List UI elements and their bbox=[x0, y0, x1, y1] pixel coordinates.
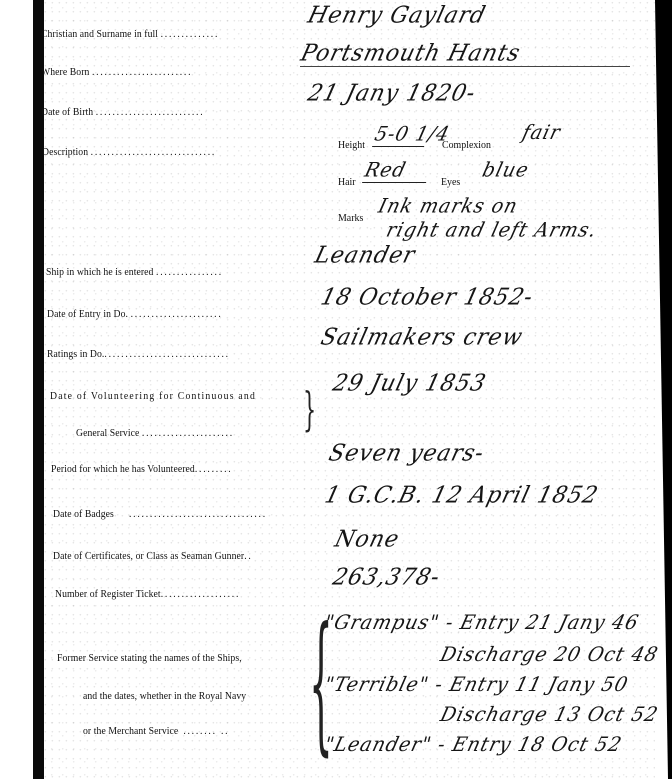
marks-value-line2: right and left Arms. bbox=[384, 219, 599, 242]
field-label-where-born: Where Born ........................ bbox=[41, 66, 192, 78]
former-service-discharge-grampus: Discharge 20 Oct 48 bbox=[438, 643, 661, 666]
height-value: 5-0 1/4 bbox=[372, 123, 430, 147]
field-label-ship-entered: Ship in which he is entered ............… bbox=[46, 266, 223, 278]
field-value-ship-entered: Leander bbox=[312, 243, 418, 269]
field-value-register-ticket: 263,378- bbox=[330, 565, 443, 591]
field-value-volunteering: 29 July 1853 bbox=[330, 371, 489, 397]
field-value-certificates: None bbox=[332, 527, 402, 553]
field-label-volunteering: Date of Volunteering for Continuous and bbox=[50, 390, 256, 402]
field-value-name: Henry Gaylard bbox=[305, 3, 489, 29]
hair-value: Red bbox=[362, 159, 432, 183]
complexion-label: Complexion bbox=[442, 139, 491, 151]
marks-value-line1: Ink marks on bbox=[376, 195, 520, 218]
former-service-entry-terrible: "Terrible" - Entry 11 Jany 50 bbox=[322, 673, 631, 696]
former-service-label-line1: Former Service stating the names of the … bbox=[57, 652, 242, 664]
field-value-ratings: Sailmakers crew bbox=[318, 325, 526, 351]
field-label-general-service: General Service ...................... bbox=[76, 427, 234, 439]
hair-label: Hair bbox=[338, 176, 356, 188]
former-service-label-line3: or the Merchant Service ........ .. bbox=[83, 725, 229, 737]
former-service-discharge-terrible: Discharge 13 Oct 52 bbox=[438, 703, 661, 726]
field-value-period: Seven years- bbox=[326, 441, 487, 467]
field-label-name: Christian and Surname in full ..........… bbox=[41, 28, 219, 40]
complexion-value: fair bbox=[520, 121, 563, 144]
strike-line bbox=[300, 66, 630, 67]
brace-icon: } bbox=[303, 382, 316, 436]
former-service-entry-leander: "Leander" - Entry 18 Oct 52 bbox=[322, 733, 625, 756]
eyes-label: Eyes bbox=[441, 176, 460, 188]
field-label-badges: Date of Badges .........................… bbox=[53, 508, 267, 520]
field-label-certificates: Date of Certificates, or Class as Seaman… bbox=[53, 550, 253, 562]
former-service-entry-grampus: "Grampus" - Entry 21 Jany 46 bbox=[322, 611, 641, 634]
field-value-where-born: Portsmouth Hants bbox=[298, 41, 523, 67]
marks-label: Marks bbox=[338, 212, 363, 224]
field-label-date-of-birth: Date of Birth .......................... bbox=[41, 106, 204, 118]
field-value-date-of-birth: 21 Jany 1820- bbox=[305, 81, 478, 107]
height-label: Height bbox=[338, 139, 365, 151]
former-service-label-line2: and the dates, whether in the Royal Navy bbox=[83, 690, 246, 702]
field-value-badges: 1 G.C.B. 12 April 1852 bbox=[322, 483, 601, 509]
scan-left-border bbox=[0, 0, 44, 779]
field-label-period: Period for which he has Volunteered.....… bbox=[51, 463, 232, 475]
field-value-date-of-entry: 18 October 1852- bbox=[318, 285, 536, 311]
field-label-description: Description ............................… bbox=[42, 146, 216, 158]
eyes-value: blue bbox=[480, 159, 531, 182]
field-label-date-of-entry: Date of Entry in Do. ...................… bbox=[47, 308, 223, 320]
field-label-ratings: Ratings in Do...........................… bbox=[47, 348, 230, 360]
field-label-register-ticket: Number of Register Ticket...............… bbox=[55, 588, 240, 600]
